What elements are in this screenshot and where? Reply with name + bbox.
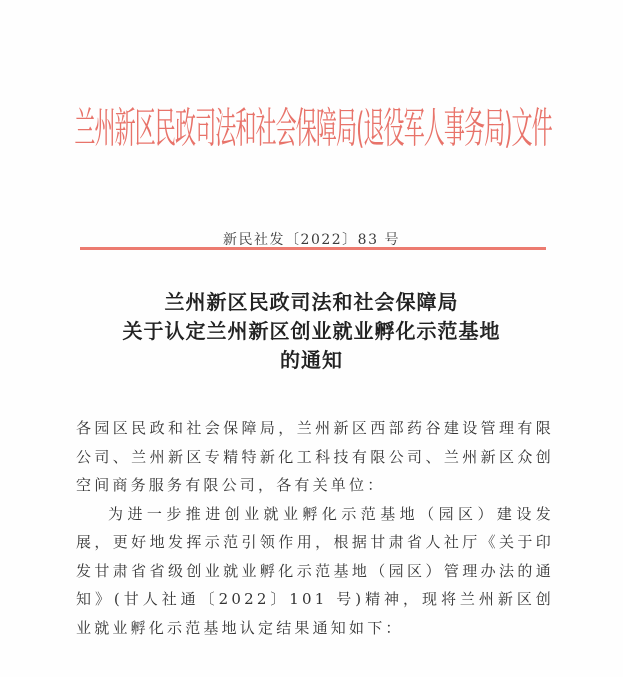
- addressee-paragraph: 各园区民政和社会保障局，兰州新区西部药谷建设管理有限公司、兰州新区专精特新化工科…: [76, 414, 554, 500]
- document-page: 兰州新区民政司法和社会保障局(退役军人事务局)文件 新民社发〔2022〕83 号…: [0, 0, 623, 677]
- title-line-1: 兰州新区民政司法和社会保障局: [0, 288, 623, 317]
- body-paragraph-1: 为进一步推进创业就业孵化示范基地（园区）建设发展，更好地发挥示范引领作用，根据甘…: [76, 500, 554, 643]
- letterhead-title: 兰州新区民政司法和社会保障局(退役军人事务局)文件: [74, 94, 551, 154]
- title-line-2: 关于认定兰州新区创业就业孵化示范基地: [0, 317, 623, 346]
- document-number: 新民社发〔2022〕83 号: [0, 229, 623, 249]
- notice-title: 兰州新区民政司法和社会保障局 关于认定兰州新区创业就业孵化示范基地 的通知: [0, 288, 623, 375]
- red-letterhead: 兰州新区民政司法和社会保障局(退役军人事务局)文件: [80, 98, 546, 150]
- title-line-3: 的通知: [0, 346, 623, 375]
- red-divider-line: [80, 247, 546, 250]
- notice-body: 各园区民政和社会保障局，兰州新区西部药谷建设管理有限公司、兰州新区专精特新化工科…: [76, 414, 554, 642]
